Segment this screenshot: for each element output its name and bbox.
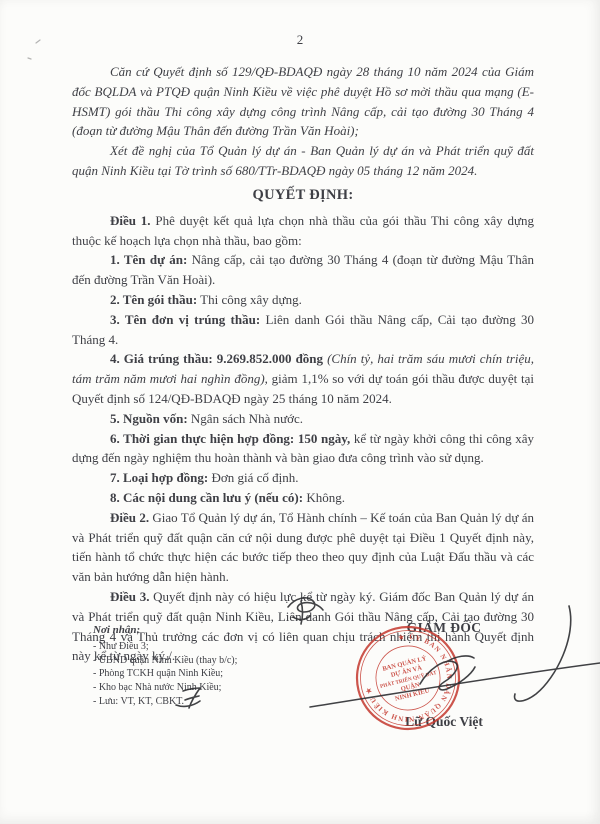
decision-item-1: 1. Tên dự án: Nâng cấp, cải tạo đường 30… bbox=[72, 250, 534, 290]
recipients-block: Nơi nhận: - Như Điều 3; - UBND quận Ninh… bbox=[93, 624, 313, 709]
decision-item-5: 5. Nguồn vốn: Ngân sách Nhà nước. bbox=[72, 409, 534, 429]
recipient-line: - Lưu: VT, KT, CBKT. bbox=[93, 695, 313, 709]
item-6-label: 6. Thời gian thực hiện hợp đồng: 150 ngà… bbox=[110, 431, 350, 446]
preamble-paragraph-1: Căn cứ Quyết định số 129/QĐ-BDAQĐ ngày 2… bbox=[72, 62, 534, 141]
recipients-header: Nơi nhận: bbox=[93, 624, 313, 638]
decision-item-6: 6. Thời gian thực hiện hợp đồng: 150 ngà… bbox=[72, 429, 534, 469]
decision-item-4: 4. Giá trúng thầu: 9.269.852.000 đồng (C… bbox=[72, 349, 534, 408]
item-4-label: 4. Giá trúng thầu: 9.269.852.000 đồng bbox=[110, 351, 323, 366]
recipient-line: - Kho bạc Nhà nước Ninh Kiều; bbox=[93, 681, 313, 695]
article-2: Điều 2. Giao Tổ Quản lý dự án, Tổ Hành c… bbox=[72, 508, 534, 587]
item-7-value: Đơn giá cố định. bbox=[208, 470, 298, 485]
document-page: 2 Căn cứ Quyết định số 129/QĐ-BDAQĐ ngày… bbox=[0, 0, 600, 824]
article-2-label: Điều 2. bbox=[110, 510, 149, 525]
document-body: Căn cứ Quyết định số 129/QĐ-BDAQĐ ngày 2… bbox=[72, 62, 534, 666]
item-5-value: Ngân sách Nhà nước. bbox=[188, 411, 303, 426]
item-3-label: 3. Tên đơn vị trúng thầu: bbox=[110, 312, 260, 327]
item-8-value: Không. bbox=[303, 490, 345, 505]
item-1-label: 1. Tên dự án: bbox=[110, 252, 187, 267]
item-7-label: 7. Loại hợp đồng: bbox=[110, 470, 208, 485]
page-number: 2 bbox=[0, 32, 600, 48]
decision-item-3: 3. Tên đơn vị trúng thầu: Liên danh Gói … bbox=[72, 310, 534, 350]
item-2-label: 2. Tên gói thầu: bbox=[110, 292, 197, 307]
item-8-label: 8. Các nội dung cần lưu ý (nếu có): bbox=[110, 490, 303, 505]
official-red-seal: ★ ỦY BAN NHÂN DÂN QUẬN NINH KIỀU ★ BAN Q… bbox=[346, 616, 470, 740]
item-2-value: Thi công xây dựng. bbox=[197, 292, 302, 307]
article-1: Điều 1. Phê duyệt kết quả lựa chọn nhà t… bbox=[72, 211, 534, 251]
decision-item-7: 7. Loại hợp đồng: Đơn giá cố định. bbox=[72, 468, 534, 488]
article-3-label: Điều 3. bbox=[110, 589, 149, 604]
decision-item-8: 8. Các nội dung cần lưu ý (nếu có): Khôn… bbox=[72, 488, 534, 508]
recipient-line: - UBND quận Ninh Kiều (thay b/c); bbox=[93, 654, 313, 668]
article-1-label: Điều 1. bbox=[110, 213, 151, 228]
recipient-line: - Phòng TCKH quận Ninh Kiều; bbox=[93, 667, 313, 681]
item-5-label: 5. Nguồn vốn: bbox=[110, 411, 188, 426]
decision-item-2: 2. Tên gói thầu: Thi công xây dựng. bbox=[72, 290, 534, 310]
recipient-line: - Như Điều 3; bbox=[93, 640, 313, 654]
decision-heading: QUYẾT ĐỊNH: bbox=[72, 187, 534, 204]
preamble-paragraph-2: Xét đề nghị của Tổ Quản lý dự án - Ban Q… bbox=[72, 141, 534, 181]
